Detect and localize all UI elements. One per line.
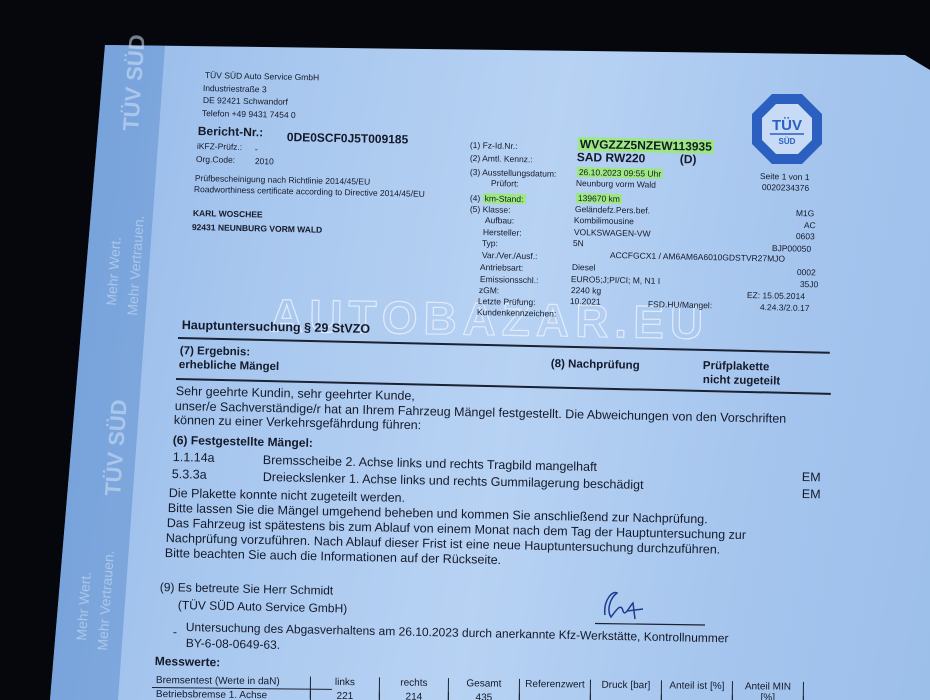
signature-icon: [595, 585, 745, 630]
table-cell: [733, 695, 804, 700]
vehicle-field-value: 10.2021: [570, 296, 601, 307]
vehicle-field-value: 26.10.2023 09:55 Uhr: [577, 167, 663, 179]
vehicle-field-label: Letzte Prüfung:: [478, 296, 536, 307]
svg-text:SÜD: SÜD: [779, 137, 796, 146]
vehicle-field-value: Diesel: [572, 262, 596, 272]
defect-grade: EM: [802, 470, 821, 484]
vehicle-field-label: (4) km-Stand:: [470, 193, 526, 204]
vehicle-field-label: (2) Amtl. Kennz.:: [470, 153, 533, 164]
bericht-label: Bericht-Nr.:: [198, 124, 264, 139]
emission-code: 35J0: [800, 279, 819, 289]
issuer-phone: Telefon +49 9431 7454 0: [202, 108, 296, 120]
org-value: 2010: [255, 156, 274, 166]
issuer-street: Industriestraße 3: [203, 83, 267, 94]
table-cell: 214: [380, 691, 449, 700]
owner-name: KARL WOSCHEE: [193, 208, 263, 219]
table-cell: 435: [449, 692, 520, 700]
table-cell: 221: [311, 691, 380, 700]
ikfz-value: -: [255, 144, 258, 154]
vehicle-field-label: Prüfort:: [491, 178, 519, 189]
vehicle-field-label: Var./Ver./Ausf.:: [482, 250, 538, 261]
plakette-line-2: nicht zugeteilt: [703, 374, 781, 388]
vehicle-field-value: SAD RW220: [577, 150, 646, 165]
first-registration: EZ: 15.05.2014: [747, 290, 805, 301]
nachpruefung-label: (8) Nachprüfung: [551, 358, 640, 372]
plakette-line-1: Prüfplakette: [703, 360, 770, 373]
result-label: (7) Ergebnis:: [180, 345, 251, 358]
vehicle-field-value: 2240 kg: [571, 285, 601, 296]
fuel-code: 0002: [797, 267, 816, 277]
result-value: erhebliche Mängel: [179, 359, 280, 373]
doc-number: 0020234376: [762, 182, 809, 193]
org-label: Org.Code:: [196, 154, 235, 165]
defects-title: (6) Festgestellte Mängel:: [173, 433, 313, 450]
vehicle-field-value: VOLKSWAGEN-VW: [574, 227, 651, 239]
svg-text:TÜV: TÜV: [772, 117, 802, 134]
vehicle-field-value: Geländefz.Pers.bef.: [575, 204, 650, 216]
vehicle-field-label: Typ:: [482, 238, 498, 248]
measurements-title: Messwerte:: [155, 654, 221, 669]
table-cell: [591, 694, 662, 700]
vehicle-field-label: Hersteller:: [483, 227, 522, 238]
fsd-label: FSD.HU/Mangel:: [648, 299, 712, 310]
vehicle-field-value: EURO5;J;PI/CI; M, N1 I: [571, 274, 660, 286]
manufacturer-code: 0603: [796, 231, 815, 241]
emission-dash: -: [173, 625, 177, 639]
class-code: M1G: [796, 208, 815, 218]
body-code: AC: [804, 220, 816, 230]
tuv-report-photo: TÜV SÜD Mehr Wert. Mehr Vertrauen. TÜV S…: [0, 0, 930, 700]
table-cell: [520, 693, 591, 700]
vehicle-field-value: 5N: [573, 238, 584, 248]
emission-line-2: BY-6-08-0649-63.: [186, 636, 281, 652]
page-info: Seite 1 von 1: [760, 171, 810, 182]
fsd-value: 4.24.3/2.0.17: [760, 302, 810, 313]
vehicle-field-label: Emissionsschl.:: [480, 274, 539, 285]
tuv-sud-logo-icon: TÜV SÜD: [750, 92, 824, 166]
vehicle-field-value: Neunburg vorm Wald: [576, 178, 656, 190]
vehicle-field-label: zGM:: [479, 285, 500, 295]
defect-grade: EM: [802, 487, 821, 501]
vehicle-field-label: Kundenkennzeichen:: [477, 307, 557, 319]
bericht-number: 0DE0SCF0J5T009185: [287, 130, 409, 147]
type-code: BJP00050: [772, 243, 811, 254]
defect-code: 5.3.3a: [172, 467, 207, 482]
vehicle-field-label: (1) Fz-Id.Nr.:: [470, 140, 518, 151]
vehicle-field-label: (5) Klasse:: [470, 204, 511, 215]
table-cell: [662, 694, 733, 700]
defect-code: 1.1.14a: [173, 450, 215, 465]
issuer-city: DE 92421 Schwandorf: [203, 95, 288, 107]
vehicle-field-label: Antriebsart:: [480, 262, 524, 273]
vehicle-field-label: Aufbau:: [485, 215, 515, 226]
vehicle-field-value: Kombilimousine: [574, 215, 634, 226]
table-cell: Betriebsbremse 1. Achse: [152, 689, 311, 700]
country-code: (D): [680, 152, 697, 166]
vehicle-field-label: (3) Ausstellungsdatum:: [470, 167, 557, 179]
ikfz-label: iKFZ-Prüfz.:: [197, 141, 243, 152]
vehicle-field-value: 139670 km: [575, 193, 621, 204]
